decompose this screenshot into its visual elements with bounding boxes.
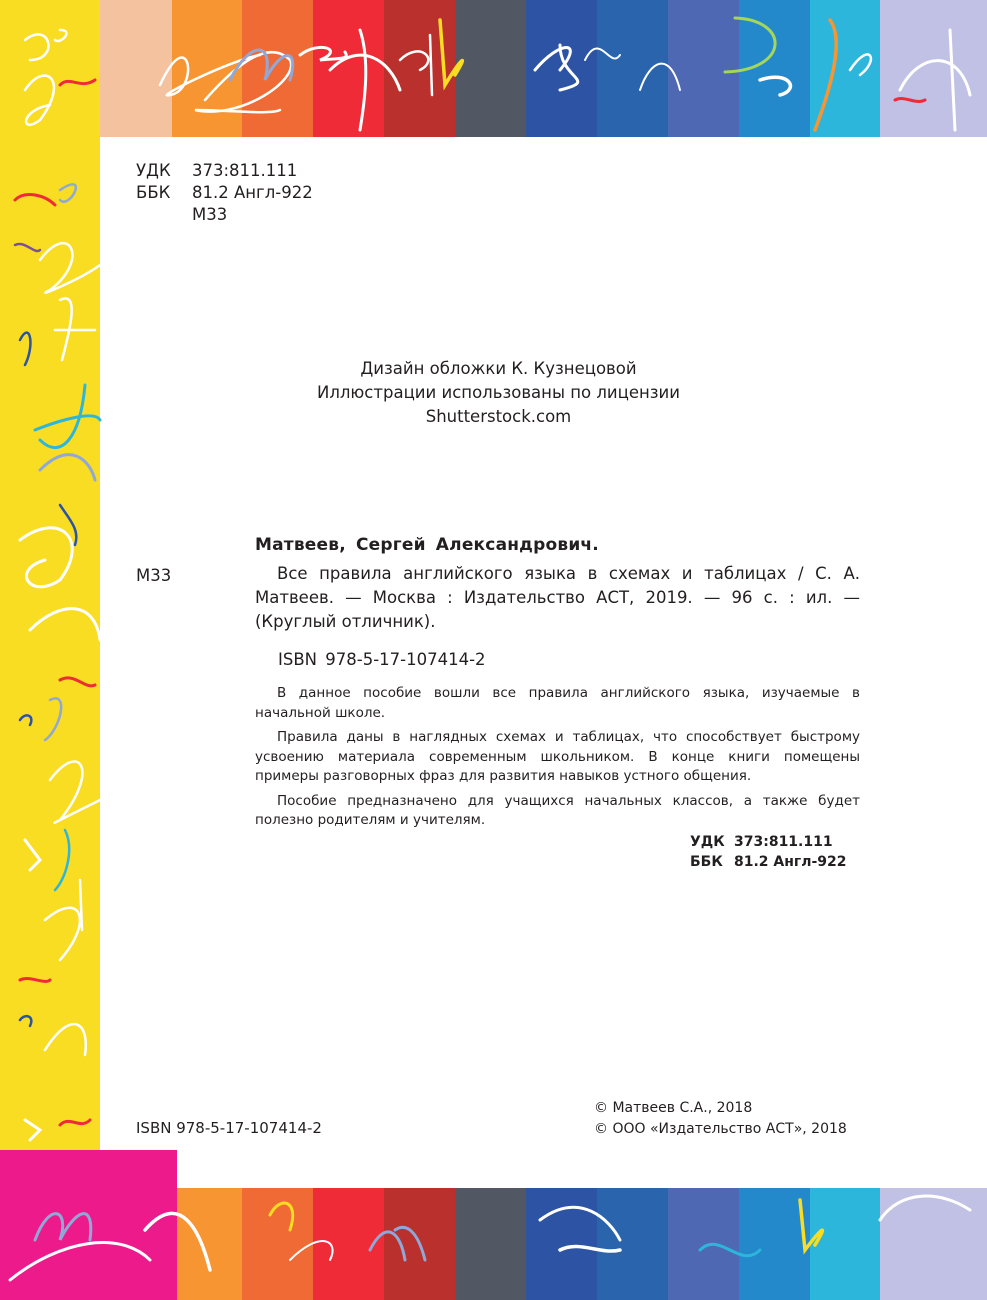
color-stripe [597, 1188, 668, 1300]
color-stripe [526, 0, 597, 137]
color-stripe [668, 0, 739, 137]
color-stripe [172, 0, 242, 137]
bbk-label: ББК [136, 182, 192, 204]
color-stripe [0, 0, 100, 137]
bbk-label: ББК [690, 852, 734, 872]
udk-value: 373:811.111 [192, 161, 297, 180]
author-mark-side: М33 [136, 566, 171, 585]
color-stripe [384, 1188, 455, 1300]
annotation: В данное пособие вошли все правила англи… [255, 684, 860, 836]
color-stripe [455, 1188, 526, 1300]
color-stripe [526, 1188, 597, 1300]
udk-label: УДК [136, 160, 192, 182]
annotation-paragraph: В данное пособие вошли все правила англи… [255, 684, 860, 723]
illustrations-credit: Иллюстрации использованы по лицензии [200, 381, 797, 405]
udk-value: 373:811.111 [734, 834, 833, 850]
isbn-footer: ISBN 978-5-17-107414-2 [136, 1119, 322, 1137]
color-stripe [313, 1188, 384, 1300]
color-stripe [100, 0, 172, 137]
magenta-corner-block [0, 1150, 177, 1300]
bibliographic-description: Все правила английского языка в схемах и… [255, 562, 860, 634]
color-stripe [242, 1188, 313, 1300]
author-mark: М33 [192, 205, 227, 224]
illustrations-source: Shutterstock.com [200, 405, 797, 429]
color-stripe [242, 0, 313, 137]
color-stripe [177, 1188, 242, 1300]
top-decorative-band [0, 0, 987, 137]
color-stripe [597, 0, 668, 137]
bbk-value: 81.2 Англ-922 [734, 854, 847, 870]
author-heading: Матвеев, Сергей Александрович. [255, 535, 599, 555]
annotation-paragraph: Правила даны в наглядных схемах и таблиц… [255, 728, 860, 787]
bbk-value: 81.2 Англ-922 [192, 183, 313, 202]
classification-block-top: УДК373:811.111 ББК81.2 Англ-922 М33 [136, 160, 313, 226]
cover-design-credit: Дизайн обложки К. Кузнецовой [200, 357, 797, 381]
copyright-author: © Матвеев С.А., 2018 [594, 1098, 847, 1119]
color-stripe [739, 1188, 810, 1300]
color-stripe [668, 1188, 739, 1300]
color-stripe [313, 0, 384, 137]
color-stripe [880, 1188, 987, 1300]
copyright-publisher: © ООО «Издательство АСТ», 2018 [594, 1119, 847, 1140]
bibliographic-description-text: Все правила английского языка в схемах и… [255, 562, 860, 634]
classification-block-bottom: УДК373:811.111 ББК81.2 Англ-922 [690, 832, 847, 872]
color-stripe [739, 0, 810, 137]
isbn-record: ISBN 978-5-17-107414-2 [278, 650, 486, 669]
left-decorative-strip [0, 0, 100, 1150]
color-stripe [384, 0, 455, 137]
udk-label: УДК [690, 832, 734, 852]
color-stripe [455, 0, 526, 137]
color-stripe [880, 0, 987, 137]
color-stripe [810, 0, 880, 137]
annotation-paragraph: Пособие предназначено для учащихся начал… [255, 792, 860, 831]
copyright-block: © Матвеев С.А., 2018 © ООО «Издательство… [594, 1098, 847, 1140]
credits-block: Дизайн обложки К. Кузнецовой Иллюстрации… [200, 357, 797, 429]
color-stripe [810, 1188, 880, 1300]
